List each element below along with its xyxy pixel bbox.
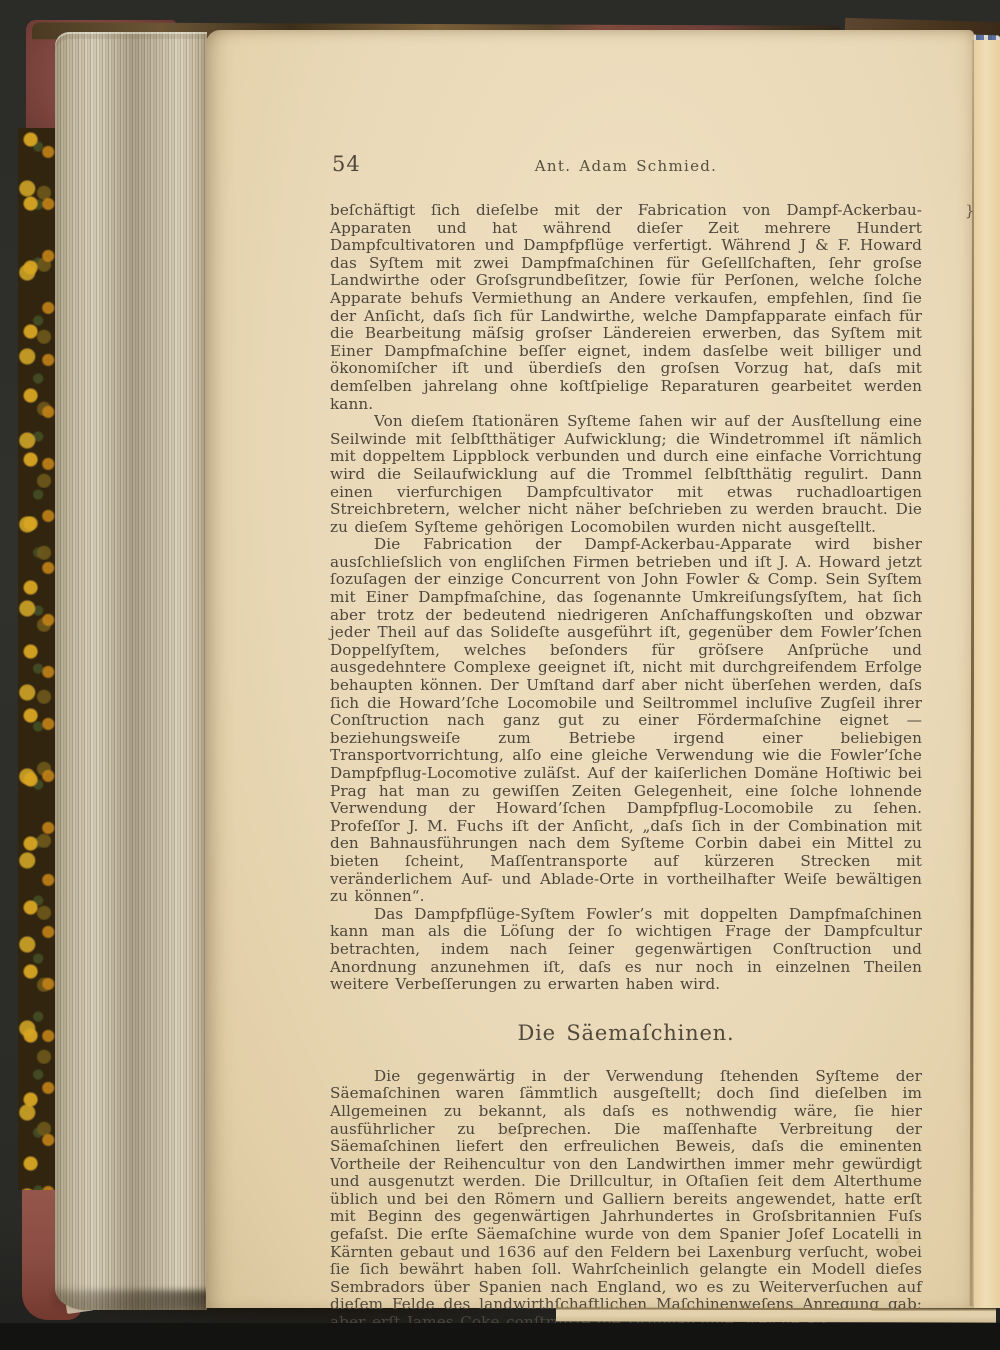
- body-paragraph: Die Fabrication der Dampf-Ackerbau-Appar…: [330, 536, 922, 905]
- facing-page-edge: [974, 40, 1000, 1308]
- body-paragraph: Die gegenwärtig in der Verwendung ſtehen…: [330, 1068, 922, 1332]
- book-photo: 54 Ant. Adam Schmied. beſchäftigt ſich d…: [0, 0, 1000, 1350]
- body-paragraph: Von dieſem ſtationären Syſteme ſahen wir…: [330, 413, 922, 536]
- page-edges-stack: [55, 32, 207, 1310]
- ink-mark: }: [965, 202, 975, 220]
- marbled-board-edge: [18, 128, 60, 1190]
- page-content: 54 Ant. Adam Schmied. beſchäftigt ſich d…: [330, 152, 922, 1332]
- page-number: 54: [332, 152, 361, 176]
- page-header: 54 Ant. Adam Schmied.: [330, 152, 922, 178]
- running-header: Ant. Adam Schmied.: [330, 152, 922, 175]
- section-heading: Die Säemaſchinen.: [330, 1021, 922, 1045]
- body-paragraph: beſchäftigt ſich dieſelbe mit der Fabric…: [330, 202, 922, 413]
- book-page: 54 Ant. Adam Schmied. beſchäftigt ſich d…: [206, 30, 974, 1308]
- body-paragraph: Das Dampfpflüge-Syſtem Fowler’s mit dopp…: [330, 906, 922, 994]
- photo-background-bottom: [0, 1323, 1000, 1350]
- bottom-page-edges: [556, 1307, 996, 1322]
